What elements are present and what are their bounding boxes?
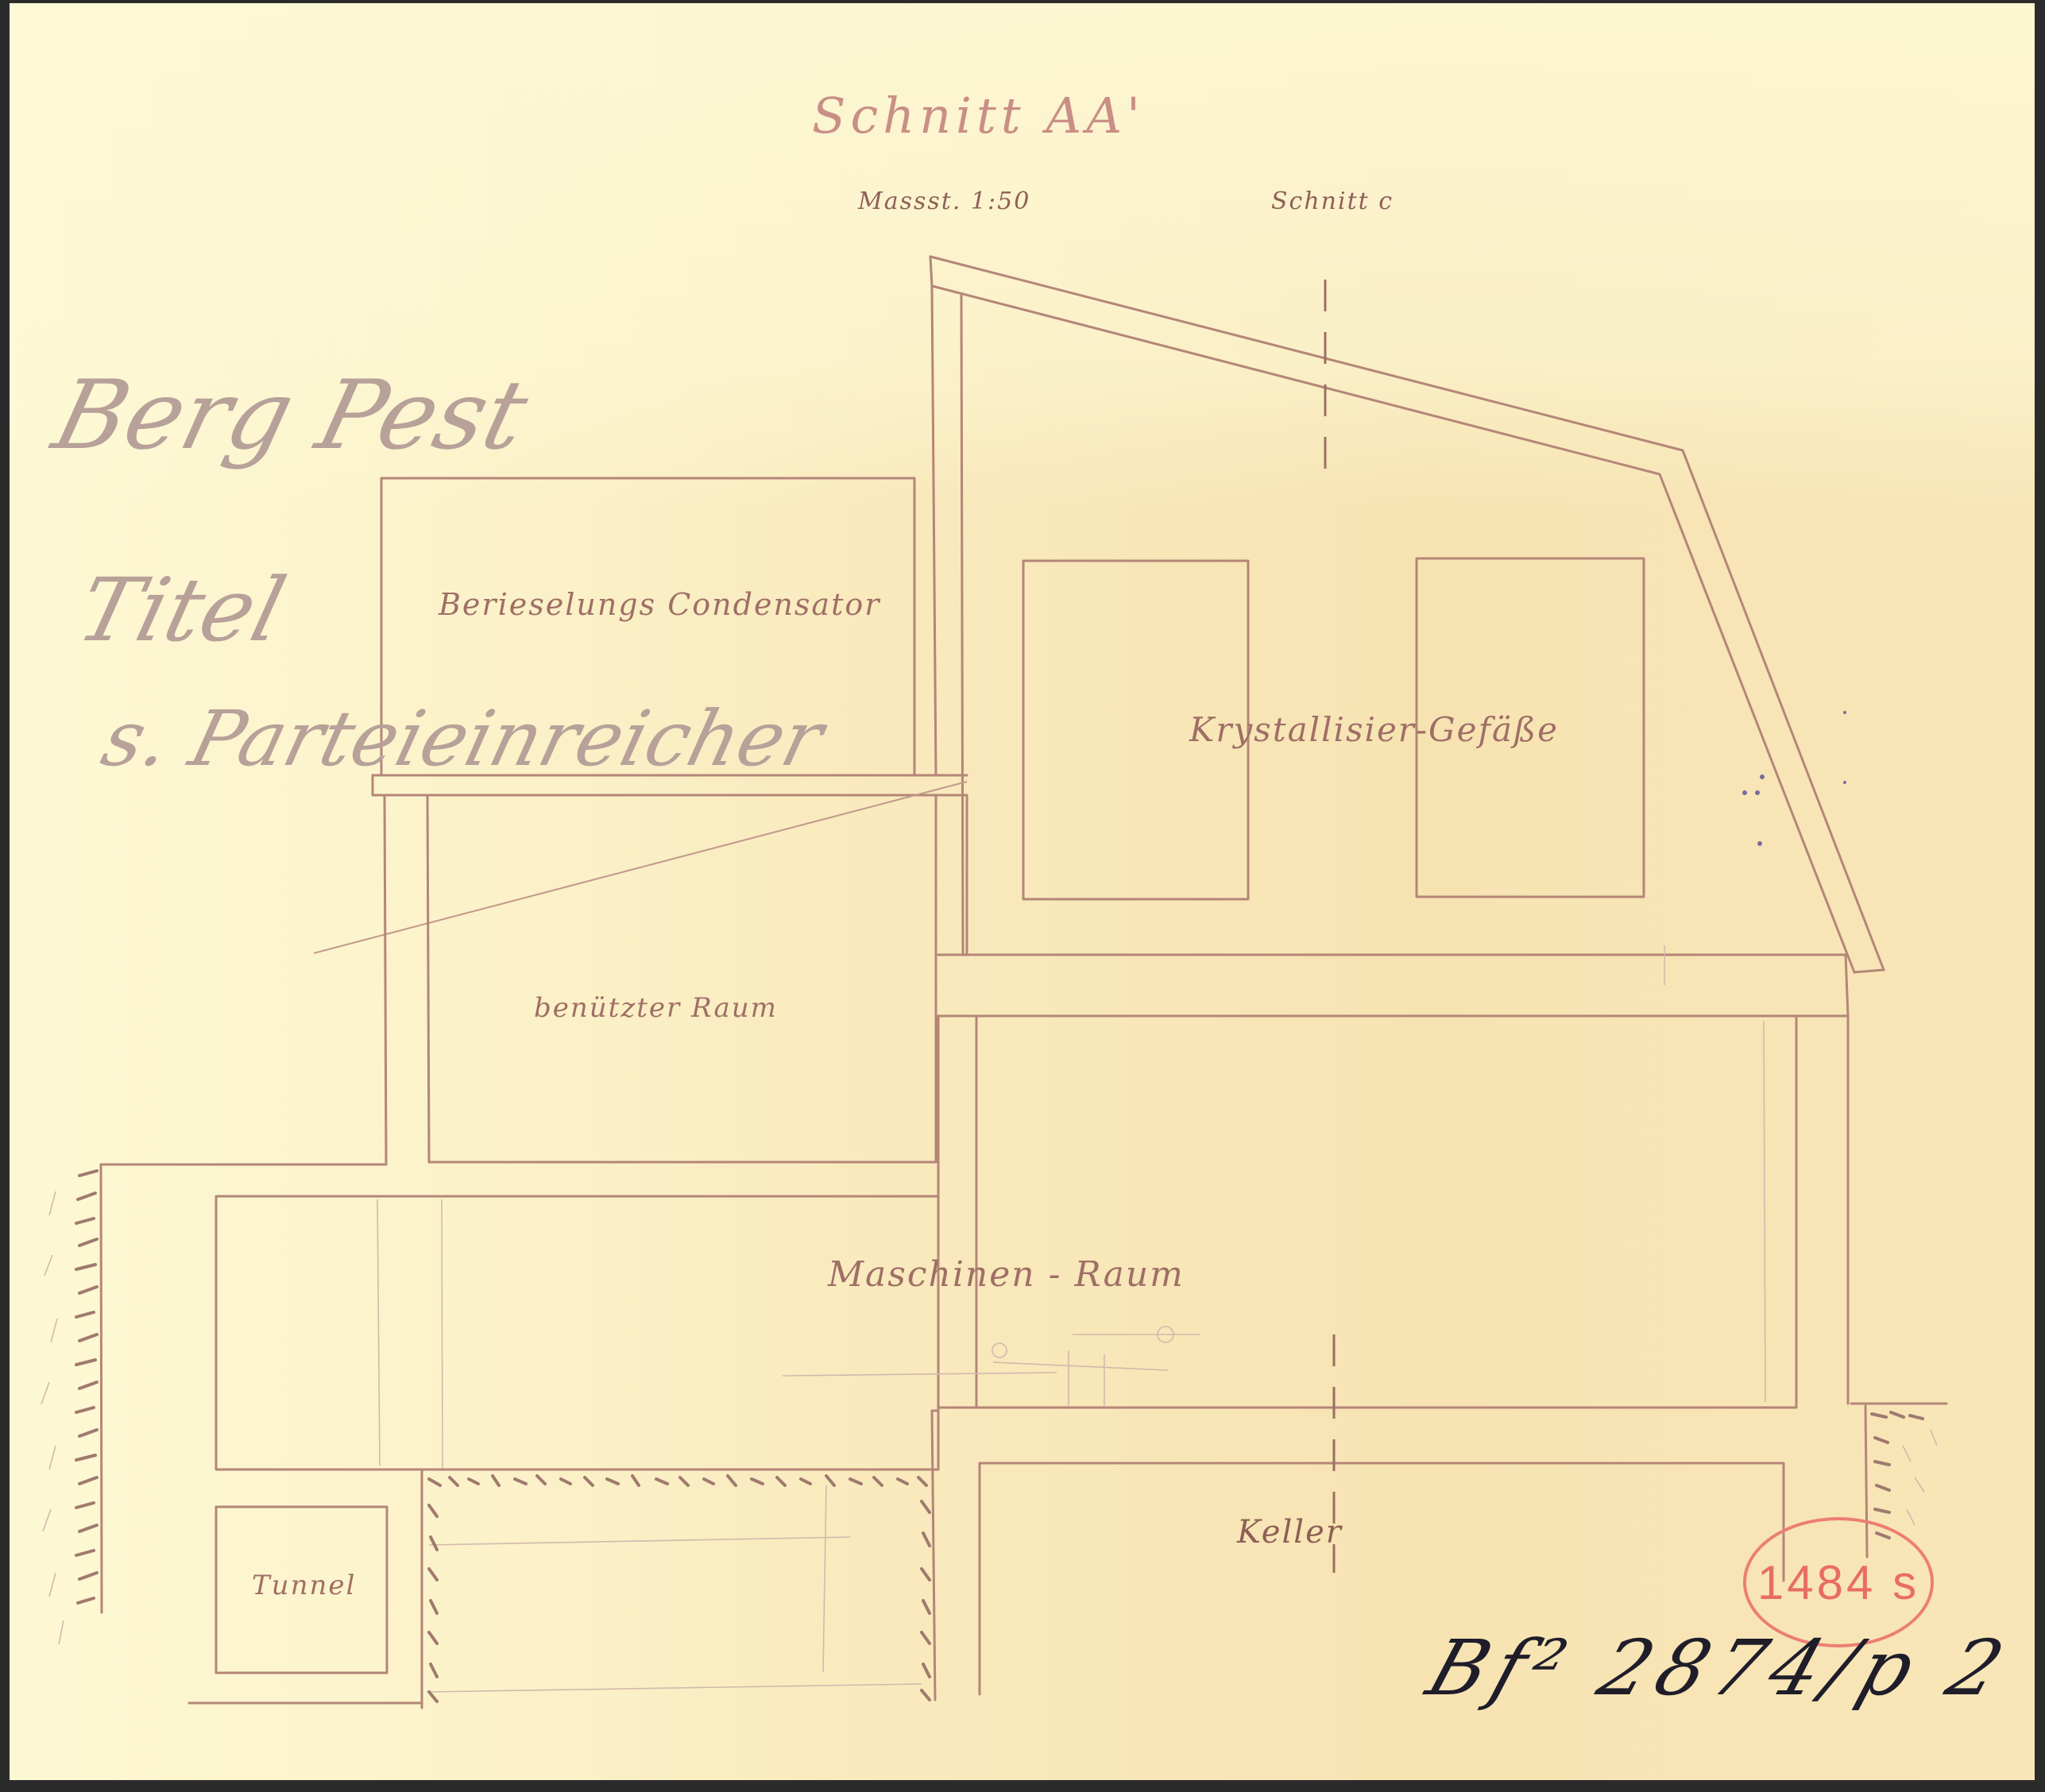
upper-walls (932, 286, 967, 955)
earth-hatching-left (41, 1171, 97, 1644)
pencil-note-berg-pest: Berg Pest (44, 361, 538, 471)
room-label-used-room: benützter Raum (534, 992, 778, 1024)
earth-hatching-middle (422, 1470, 930, 1708)
room-label-crystallizer: Krystallisier-Gefäße (1189, 710, 1559, 749)
pencil-note-titel: Titel (68, 559, 295, 661)
drawing-sheet: Schnitt AA' Massst. 1:50 Schnitt c Berg … (10, 3, 2035, 1780)
section-marker-label: Schnitt c (1271, 187, 1394, 215)
scale-label: Massst. 1:50 (858, 187, 1030, 215)
diagonal-line (314, 782, 967, 953)
used-room (385, 795, 938, 1164)
basement-left (101, 1164, 938, 1612)
section-drawing (10, 3, 2035, 1780)
archive-stamp-number: 1484 s (1757, 1555, 1919, 1610)
ink-specks (1742, 711, 1846, 846)
floor-slab-upper (938, 945, 1848, 1016)
drawing-title: Schnitt AA' (812, 87, 1145, 145)
room-label-condenser: Berieselungs Condensator (439, 587, 880, 622)
room-label-cellar: Keller (1237, 1514, 1343, 1551)
room-label-machine-room: Maschinen - Raum (828, 1254, 1185, 1295)
pencil-note-reference: s. Parteieinreicher (94, 694, 832, 783)
reference-signature: Bf² 2874/p 2 (1417, 1624, 2022, 1713)
room-label-tunnel: Tunnel (252, 1570, 356, 1601)
machine-room (783, 1016, 1848, 1411)
roof (930, 257, 1884, 972)
